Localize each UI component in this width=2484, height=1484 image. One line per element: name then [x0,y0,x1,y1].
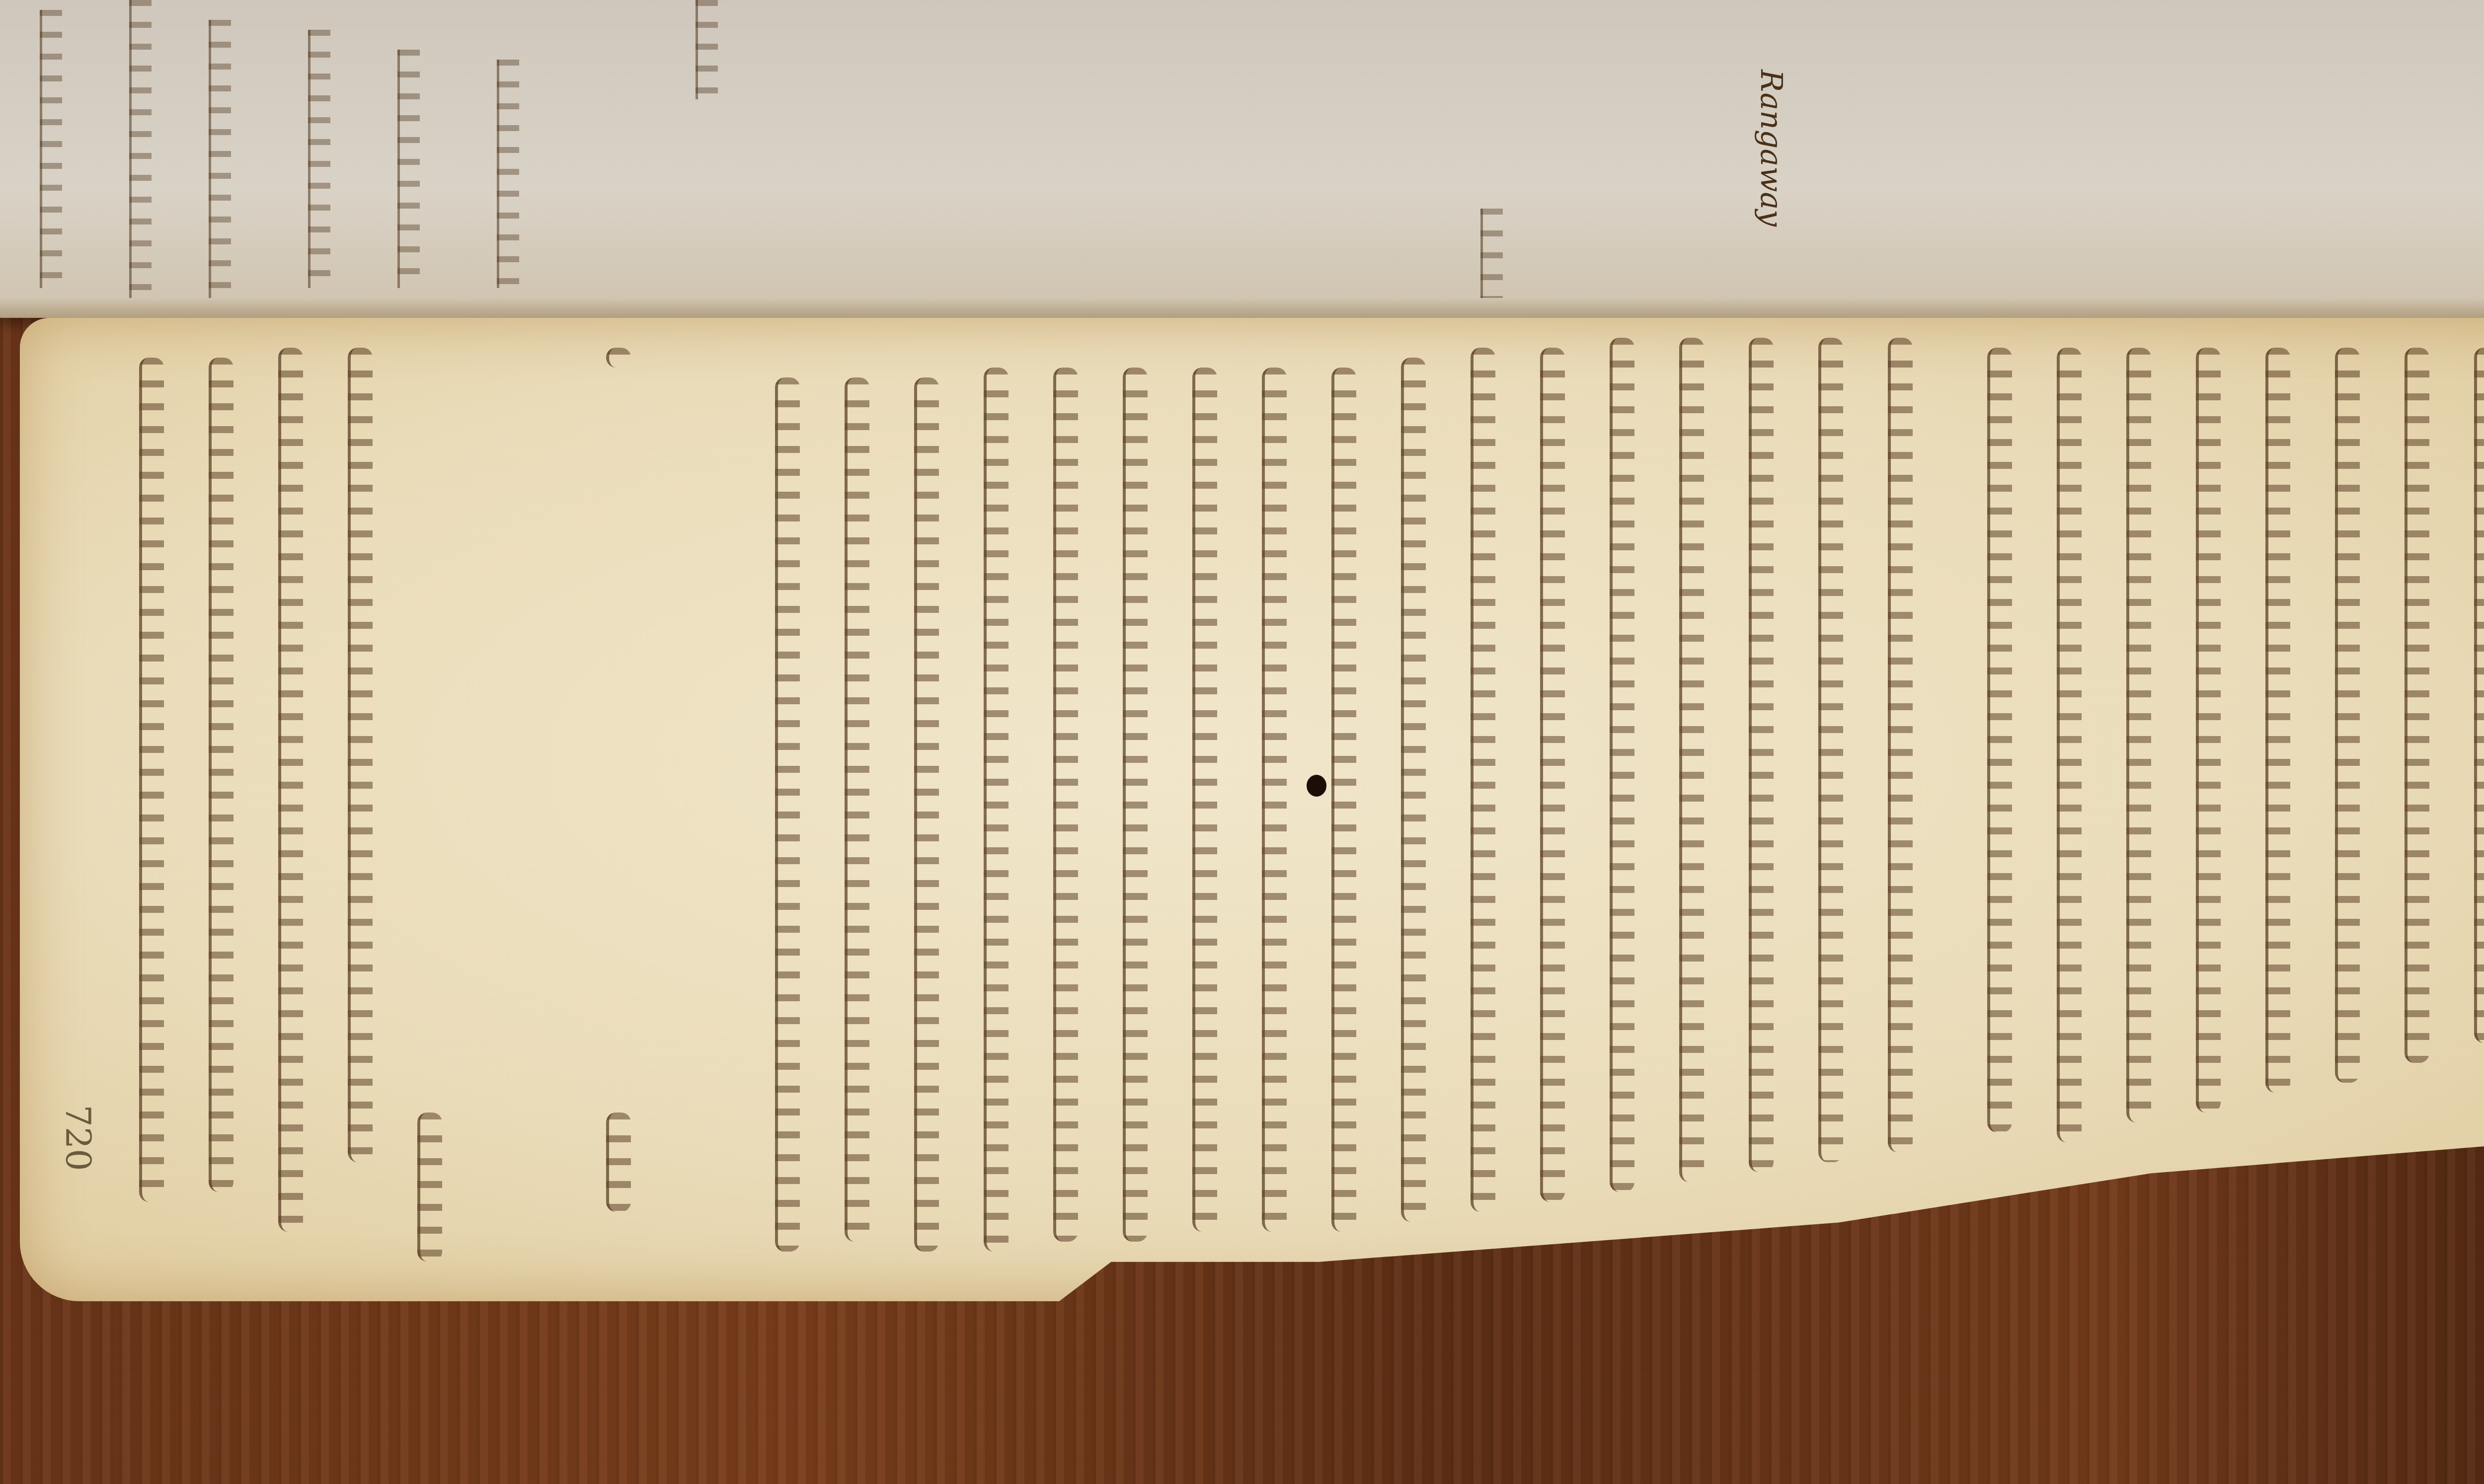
handwriting-line [348,348,373,1162]
manuscript-page [20,318,2484,1301]
handwriting-line [2474,348,2484,1043]
handwriting-line [1818,338,1843,1162]
handwriting-line [1471,348,1495,1212]
handwriting-line [606,1113,631,1212]
handwriting-line [2405,348,2429,1063]
upper-marginal-note: Rangaway [1754,70,1788,226]
handwriting-line [139,358,164,1202]
handwriting-line [1610,338,1634,1192]
handwriting-line [209,358,233,1192]
page-number: 720 [58,1105,98,1171]
handwriting-line [845,377,869,1242]
handwriting-line [278,348,303,1232]
handwriting-line [2335,348,2360,1083]
handwriting-line [1679,338,1704,1182]
folded-upper-page: Rangaway [0,0,2484,318]
handwriting-line [2196,348,2221,1113]
handwriting-line [1540,348,1565,1202]
handwriting-line [1192,368,1217,1232]
handwriting-line [984,368,1009,1252]
handwriting-line [1331,368,1356,1232]
handwriting-line [417,1113,442,1261]
upper-handwriting-line [497,60,519,288]
upper-handwriting-line [1480,209,1503,298]
upper-handwriting-line [40,10,62,288]
handwriting-line [775,377,800,1252]
handwriting-line [1123,368,1148,1242]
handwriting-line [914,377,939,1252]
handwriting-line [2057,348,2082,1142]
handwriting-line [1888,338,1913,1152]
upper-handwriting-line [696,0,718,99]
handwriting-line [1987,348,2012,1132]
handwriting-line [2126,348,2151,1122]
upper-handwriting-line [209,20,231,298]
upper-handwriting-line [308,30,330,288]
handwriting-line [1053,368,1078,1242]
ink-blot [1307,775,1326,797]
handwriting-mark [606,348,631,368]
upper-handwriting-line [129,0,152,298]
handwriting-line [1749,338,1774,1172]
upper-handwriting-line [397,50,420,288]
handwriting-line [1262,368,1287,1232]
handwriting-line [1401,358,1426,1222]
handwriting-line [2265,348,2290,1093]
